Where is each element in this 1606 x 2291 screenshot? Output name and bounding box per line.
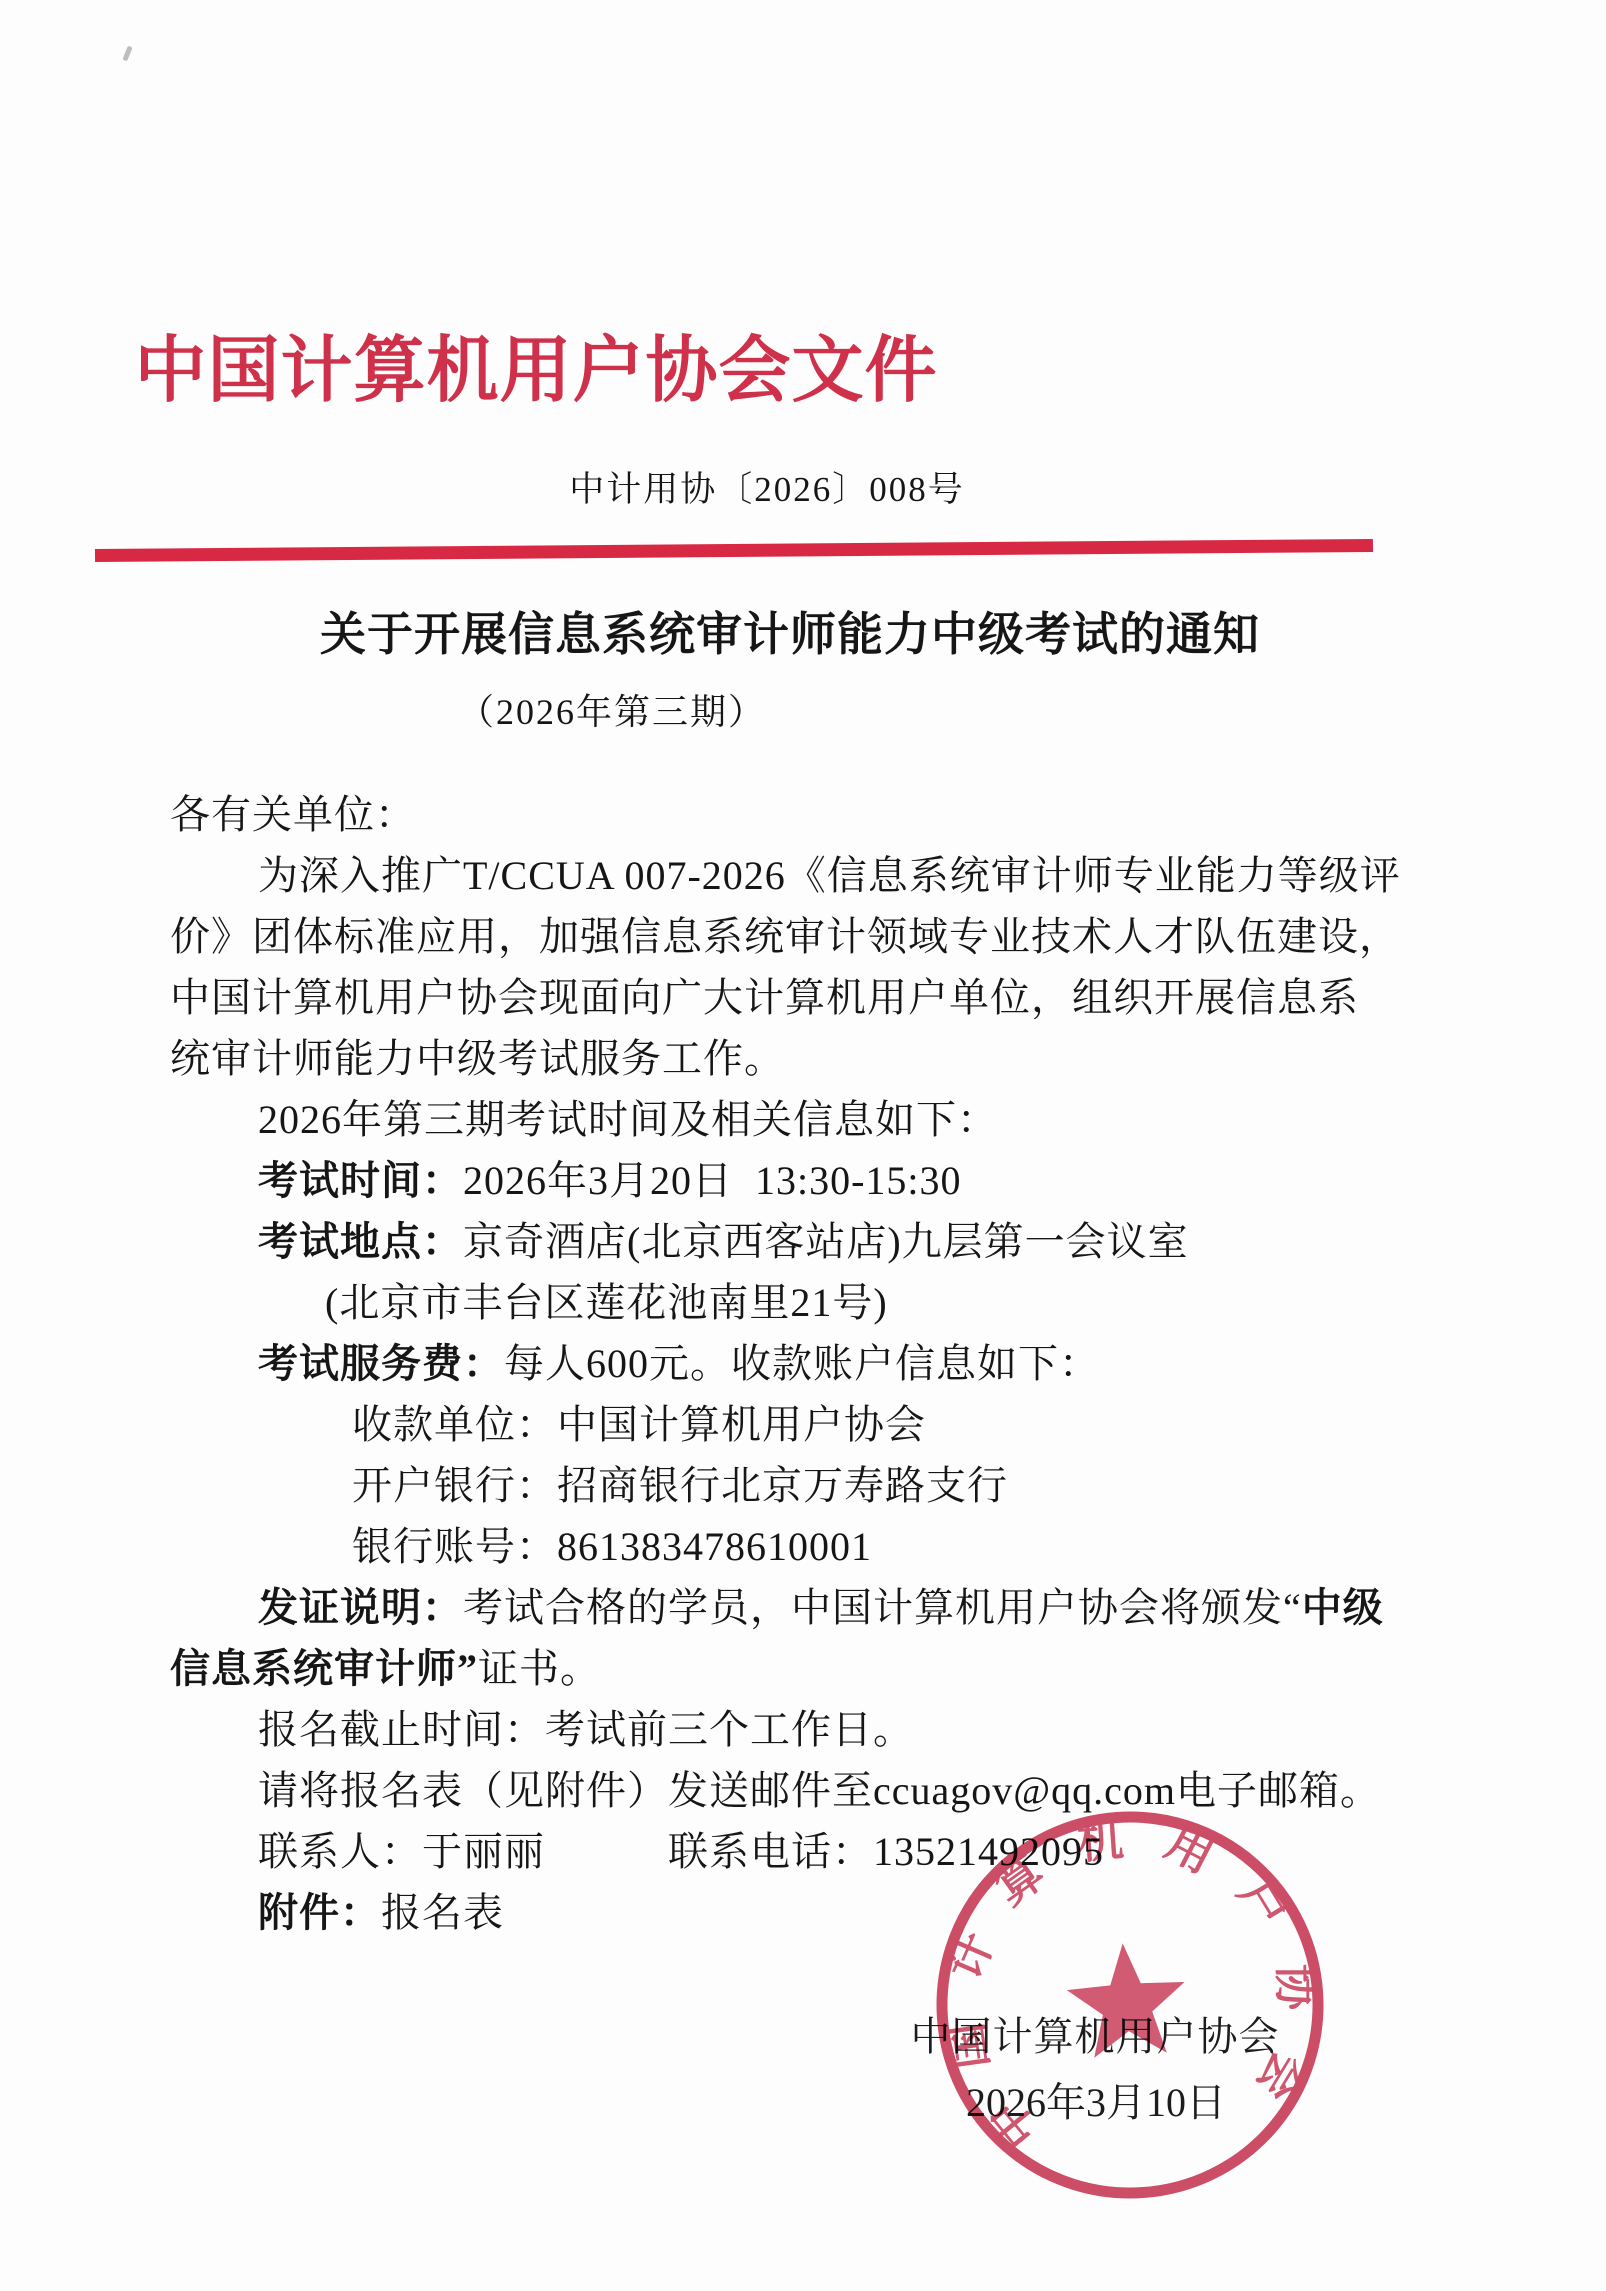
seal-star-icon (1064, 1939, 1190, 2059)
official-seal-stamp: 中国计算机用户协会 (917, 1792, 1344, 2219)
scan-artifact (122, 46, 132, 62)
body-line: 统审计师能力中级考试服务工作。 (170, 1028, 1460, 1089)
body-line: 价》团体标准应用，加强信息系统审计领域专业技术人才队伍建设， (170, 906, 1460, 967)
body-line: 发证说明：考试合格的学员，中国计算机用户协会将颁发“中级 (170, 1577, 1460, 1638)
body-line: 收款单位：中国计算机用户协会 (170, 1394, 1460, 1455)
notice-title: 关于开展信息系统审计师能力中级考试的通知 (95, 598, 1485, 664)
body-line: 考试地点：京奇酒店(北京西客站店)九层第一会议室 (170, 1211, 1460, 1272)
body-line: 报名截止时间：考试前三个工作日。 (170, 1699, 1460, 1760)
body-line: 中国计算机用户协会现面向广大计算机用户单位，组织开展信息系 (170, 967, 1460, 1028)
body-line: 开户银行：招商银行北京万寿路支行 (170, 1455, 1460, 1516)
notice-subtitle: （2026年第三期） (95, 684, 1129, 735)
body-line: 考试时间：2026年3月20日 13:30-15:30 (170, 1150, 1460, 1211)
body-line: 为深入推广T/CCUA 007-2026《信息系统审计师专业能力等级评 (170, 845, 1460, 906)
document-page: 中国计算机用户协会文件 中计用协〔2026〕008号 关于开展信息系统审计师能力… (0, 0, 1606, 2291)
body-line: 各有关单位： (170, 784, 1460, 845)
body-line: 信息系统审计师”证书。 (170, 1638, 1460, 1699)
org-title: 中国计算机用户协会文件 (95, 312, 977, 416)
body-line: 考试服务费：每人600元。收款账户信息如下： (170, 1333, 1460, 1394)
doc-number: 中计用协〔2026〕008号 (95, 462, 1439, 512)
red-divider-rule (95, 539, 1373, 562)
document-body: 各有关单位：为深入推广T/CCUA 007-2026《信息系统审计师专业能力等级… (170, 784, 1460, 1943)
body-line: 2026年第三期考试时间及相关信息如下： (170, 1089, 1460, 1150)
body-line: 银行账号：861383478610001 (170, 1516, 1460, 1577)
body-line: (北京市丰台区莲花池南里21号) (170, 1272, 1460, 1333)
